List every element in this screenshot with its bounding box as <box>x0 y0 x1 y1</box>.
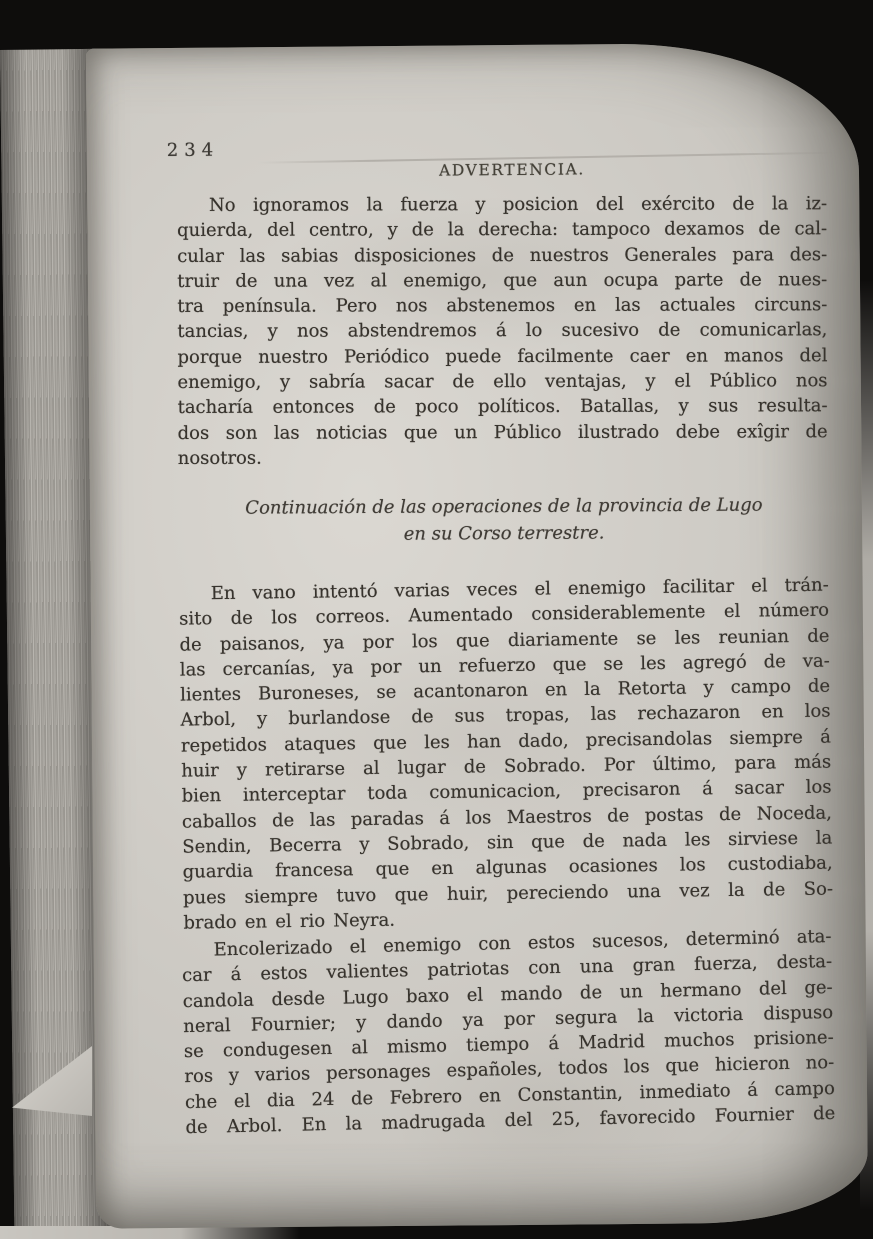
text-line: nosotros. <box>178 444 828 471</box>
book-page: 234 ADVERTENCIA. No ignoramos la fuerza … <box>86 42 868 1229</box>
text-line: quierda, del centro, y de la derecha: ta… <box>177 217 827 244</box>
text-line: tacharía entonces de poco políticos. Bat… <box>178 394 828 421</box>
text-line: dos son las noticias que un Público ilus… <box>178 419 828 446</box>
text-line: No ignoramos la fuerza y posicion del ex… <box>177 191 827 218</box>
text-line: tancias, y nos abstendremos á lo sucesiv… <box>177 318 827 345</box>
article-title-line2: en su Corso terrestre. <box>179 518 829 549</box>
text-line: truir de una vez al enemigo, que aun ocu… <box>177 267 827 294</box>
text-line: porque nuestro Periódico puede facilment… <box>177 343 827 370</box>
article-title: Continuación de las operaciones de la pr… <box>179 491 829 549</box>
text-line: enemigo, y sabría sacar de ello ventajas… <box>177 368 827 395</box>
text-line: cular las sabias disposiciones de nuestr… <box>177 242 827 269</box>
paragraph-attack: Encolerizado el enemigo con estos suceso… <box>181 924 835 1141</box>
paragraph-advertencia: No ignoramos la fuerza y posicion del ex… <box>177 191 828 471</box>
text-line: tra península. Pero nos abstenemos en la… <box>177 292 827 319</box>
page-number: 234 <box>167 140 220 161</box>
book-photograph: 234 ADVERTENCIA. No ignoramos la fuerza … <box>0 0 873 1239</box>
article-title-line1: Continuación de las operaciones de la pr… <box>179 491 829 522</box>
paragraph-operations: En vano intentó varias veces el enemigo … <box>179 573 834 936</box>
